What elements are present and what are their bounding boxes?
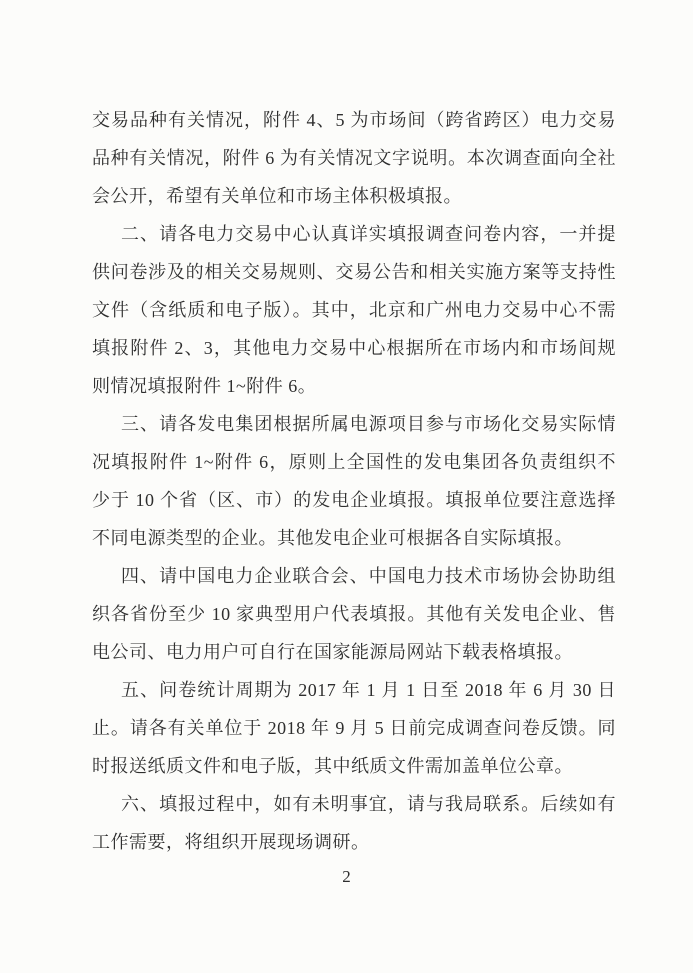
text-line: 四、请中国电力企业联合会、中国电力技术市场协会协助组 xyxy=(92,557,616,595)
text-line: 文件（含纸质和电子版）。其中，北京和广州电力交易中心不需 xyxy=(92,291,616,329)
text-line: 时报送纸质文件和电子版，其中纸质文件需加盖单位公章。 xyxy=(92,747,616,785)
text-line: 五、问卷统计周期为 2017 年 1 月 1 日至 2018 年 6 月 30 … xyxy=(92,671,616,709)
text-line: 止。请各有关单位于 2018 年 9 月 5 日前完成调查问卷反馈。同 xyxy=(92,709,616,747)
text-line: 交易品种有关情况，附件 4、5 为市场间（跨省跨区）电力交易 xyxy=(92,101,616,139)
text-line: 三、请各发电集团根据所属电源项目参与市场化交易实际情 xyxy=(92,405,616,443)
text-line: 品种有关情况，附件 6 为有关情况文字说明。本次调查面向全社 xyxy=(92,139,616,177)
paragraph: 交易品种有关情况，附件 4、5 为市场间（跨省跨区）电力交易品种有关情况，附件 … xyxy=(92,101,616,215)
text-line: 填报附件 2、3，其他电力交易中心根据所在市场内和市场间规 xyxy=(92,329,616,367)
text-line: 则情况填报附件 1~附件 6。 xyxy=(92,367,616,405)
text-line: 工作需要，将组织开展现场调研。 xyxy=(92,823,616,861)
document-page: 交易品种有关情况，附件 4、5 为市场间（跨省跨区）电力交易品种有关情况，附件 … xyxy=(0,0,693,973)
text-line: 况填报附件 1~附件 6，原则上全国性的发电集团各负责组织不 xyxy=(92,443,616,481)
page-number: 2 xyxy=(0,864,693,890)
paragraph: 三、请各发电集团根据所属电源项目参与市场化交易实际情况填报附件 1~附件 6，原… xyxy=(92,405,616,557)
paragraph: 六、填报过程中，如有未明事宜，请与我局联系。后续如有工作需要，将组织开展现场调研… xyxy=(92,785,616,861)
paragraph: 五、问卷统计周期为 2017 年 1 月 1 日至 2018 年 6 月 30 … xyxy=(92,671,616,785)
text-line: 少于 10 个省（区、市）的发电企业填报。填报单位要注意选择 xyxy=(92,481,616,519)
text-line: 二、请各电力交易中心认真详实填报调查问卷内容，一并提 xyxy=(92,215,616,253)
text-line: 电公司、电力用户可自行在国家能源局网站下载表格填报。 xyxy=(92,633,616,671)
text-line: 供问卷涉及的相关交易规则、交易公告和相关实施方案等支持性 xyxy=(92,253,616,291)
text-line: 六、填报过程中，如有未明事宜，请与我局联系。后续如有 xyxy=(92,785,616,823)
text-line: 织各省份至少 10 家典型用户代表填报。其他有关发电企业、售 xyxy=(92,595,616,633)
document-body: 交易品种有关情况，附件 4、5 为市场间（跨省跨区）电力交易品种有关情况，附件 … xyxy=(92,101,616,861)
text-line: 会公开，希望有关单位和市场主体积极填报。 xyxy=(92,177,616,215)
paragraph: 二、请各电力交易中心认真详实填报调查问卷内容，一并提供问卷涉及的相关交易规则、交… xyxy=(92,215,616,405)
text-line: 不同电源类型的企业。其他发电企业可根据各自实际填报。 xyxy=(92,519,616,557)
paragraph: 四、请中国电力企业联合会、中国电力技术市场协会协助组织各省份至少 10 家典型用… xyxy=(92,557,616,671)
